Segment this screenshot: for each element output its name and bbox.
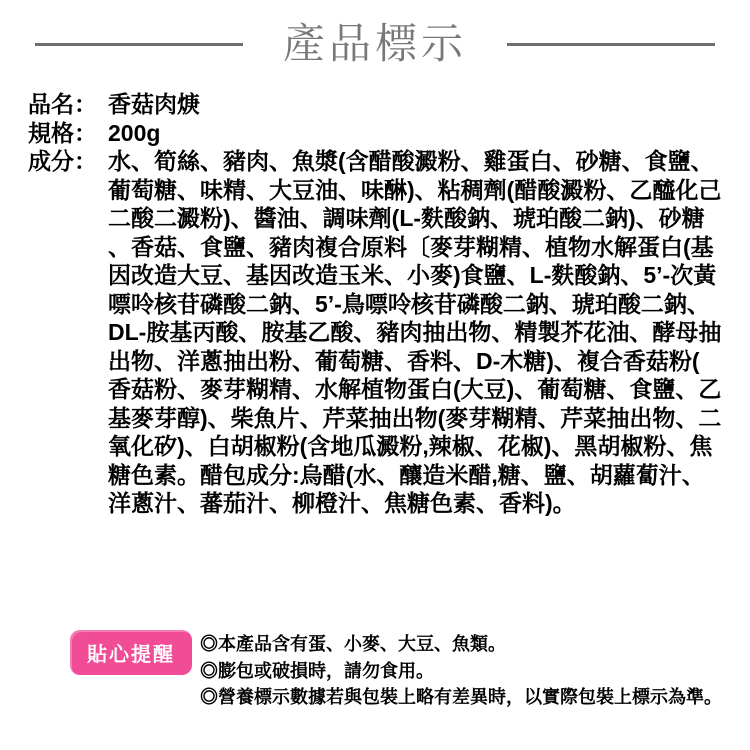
title-section: 產品標示 [0, 16, 750, 72]
ingredients-value: 水、筍絲、豬肉、魚漿(含醋酸澱粉、雞蛋白、砂糖、食鹽、葡萄糖、味精、大豆油、味醂… [108, 147, 722, 518]
product-fields: 品名： 香菇肉焿 規格： 200g 成分： 水、筍絲、豬肉、魚漿(含醋酸澱粉、雞… [28, 90, 722, 518]
field-row-product-name: 品名： 香菇肉焿 [28, 90, 722, 119]
field-row-ingredients: 成分： 水、筍絲、豬肉、魚漿(含醋酸澱粉、雞蛋白、砂糖、食鹽、葡萄糖、味精、大豆… [28, 147, 722, 518]
reminder-note-allergens: ◎本產品含有蛋、小麥、大豆、魚類。 [200, 631, 722, 658]
page-title: 產品標示 [283, 16, 467, 72]
reminder-notes: ◎本產品含有蛋、小麥、大豆、魚類。 ◎膨包或破損時，請勿食用。 ◎營養標示數據若… [200, 630, 722, 711]
reminder-note-nutrition: ◎營養標示數據若與包裝上略有差異時，以實際包裝上標示為準。 [200, 684, 722, 711]
product-name-value: 香菇肉焿 [108, 90, 722, 119]
reminder-section: 貼心提醒 ◎本產品含有蛋、小麥、大豆、魚類。 ◎膨包或破損時，請勿食用。 ◎營養… [70, 630, 722, 711]
field-row-spec: 規格： 200g [28, 119, 722, 148]
spec-label: 規格： [28, 119, 108, 148]
ingredients-label: 成分： [28, 147, 108, 176]
title-rule-left [35, 43, 243, 46]
title-rule-right [507, 43, 715, 46]
reminder-badge: 貼心提醒 [70, 630, 192, 675]
reminder-note-damage: ◎膨包或破損時，請勿食用。 [200, 658, 722, 685]
spec-value: 200g [108, 119, 722, 148]
product-name-label: 品名： [28, 90, 108, 119]
product-label-page: 產品標示 品名： 香菇肉焿 規格： 200g 成分： 水、筍絲、豬肉、魚漿(含醋… [0, 0, 750, 750]
